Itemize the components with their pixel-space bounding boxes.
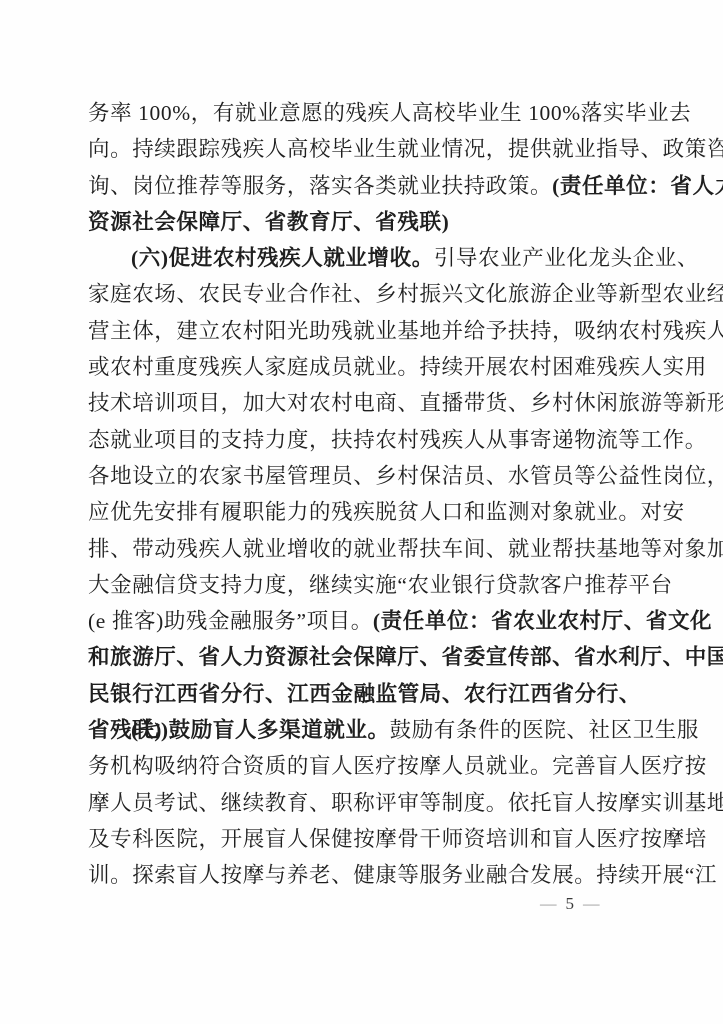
text-run-bold: 和旅游厅、省人力资源社会保障厅、省委宣传部、省水利厅、中国人 — [88, 645, 723, 669]
text-line: 务率 100%，有就业意愿的残疾人高校毕业生 100%落实毕业去 — [88, 95, 641, 131]
text-run: 或农村重度残疾人家庭成员就业。持续开展农村困难残疾人实用 — [88, 355, 707, 379]
text-line: 排、带动残疾人就业增收的就业帮扶车间、就业帮扶基地等对象加 — [88, 531, 641, 567]
text-line: 或农村重度残疾人家庭成员就业。持续开展农村困难残疾人实用 — [88, 349, 641, 385]
text-line: 技术培训项目，加大对农村电商、直播带货、乡村休闲旅游等新形 — [88, 385, 641, 421]
text-line: 资源社会保障厅、省教育厅、省残联) — [88, 204, 641, 240]
text-line: (六)促进农村残疾人就业增收。引导农业产业化龙头企业、 — [88, 240, 641, 276]
text-run: 家庭农场、农民专业合作社、乡村振兴文化旅游企业等新型农业经 — [88, 282, 723, 306]
text-run: 营主体，建立农村阳光助残就业基地并给予扶持，吸纳农村残疾人 — [88, 319, 723, 343]
text-line: 态就业项目的支持力度，扶持农村残疾人从事寄递物流等工作。 — [88, 422, 641, 458]
text-line: 和旅游厅、省人力资源社会保障厅、省委宣传部、省水利厅、中国人 — [88, 639, 641, 675]
text-run-bold: (六)促进农村残疾人就业增收。 — [131, 246, 434, 270]
text-line: 摩人员考试、继续教育、职称评审等制度。依托盲人按摩实训基地 — [88, 785, 641, 821]
text-line: 应优先安排有履职能力的残疾脱贫人口和监测对象就业。对安 — [88, 494, 641, 530]
text-run: 询、岗位推荐等服务，落实各类就业扶持政策。 — [88, 174, 552, 198]
text-run-bold: (责任单位：省农业农村厅、省文化 — [373, 609, 712, 633]
text-run: 应优先安排有履职能力的残疾脱贫人口和监测对象就业。对安 — [88, 500, 685, 524]
text-run: 大金融信贷支持力度，继续实施“农业银行贷款客户推荐平台 — [88, 573, 673, 597]
text-line: 各地设立的农家书屋管理员、乡村保洁员、水管员等公益性岗位， — [88, 458, 641, 494]
text-line: 大金融信贷支持力度，继续实施“农业银行贷款客户推荐平台 — [88, 567, 641, 603]
text-run-bold: (责任单位：省人力 — [552, 174, 723, 198]
text-line: 及专科医院，开展盲人保健按摩骨干师资培训和盲人医疗按摩培 — [88, 821, 641, 857]
text-run-bold: (七)鼓励盲人多渠道就业。 — [131, 718, 390, 742]
text-run: 务机构吸纳符合资质的盲人医疗按摩人员就业。完善盲人医疗按 — [88, 754, 707, 778]
text-run-bold: 资源社会保障厅、省教育厅、省残联) — [88, 210, 449, 234]
page-number: — 5 — — [540, 893, 600, 915]
text-line: 向。持续跟踪残疾人高校毕业生就业情况，提供就业指导、政策咨 — [88, 131, 641, 167]
text-line: 家庭农场、农民专业合作社、乡村振兴文化旅游企业等新型农业经 — [88, 276, 641, 312]
text-line: 询、岗位推荐等服务，落实各类就业扶持政策。(责任单位：省人力 — [88, 168, 641, 204]
text-run: 态就业项目的支持力度，扶持农村残疾人从事寄递物流等工作。 — [88, 428, 707, 452]
text-line: (e 推客)助残金融服务”项目。(责任单位：省农业农村厅、省文化 — [88, 603, 641, 639]
document-page: 务率 100%，有就业意愿的残疾人高校毕业生 100%落实毕业去向。持续跟踪残疾… — [0, 0, 723, 1024]
text-run: 技术培训项目，加大对农村电商、直播带货、乡村休闲旅游等新形 — [88, 391, 723, 415]
document-body: 务率 100%，有就业意愿的残疾人高校毕业生 100%落实毕业去向。持续跟踪残疾… — [88, 95, 641, 894]
page-number-right-dash: — — [583, 894, 600, 914]
text-run: 摩人员考试、继续教育、职称评审等制度。依托盲人按摩实训基地 — [88, 791, 723, 815]
text-run: 引导农业产业化龙头企业、 — [434, 246, 699, 270]
text-line: (七)鼓励盲人多渠道就业。鼓励有条件的医院、社区卫生服 — [88, 712, 641, 748]
text-run: 及专科医院，开展盲人保健按摩骨干师资培训和盲人医疗按摩培 — [88, 827, 707, 851]
text-run: 务率 100%，有就业意愿的残疾人高校毕业生 100%落实毕业去 — [88, 101, 691, 125]
text-line: 训。探索盲人按摩与养老、健康等服务业融合发展。持续开展“江 — [88, 857, 641, 893]
text-line: 营主体，建立农村阳光助残就业基地并给予扶持，吸纳农村残疾人 — [88, 313, 641, 349]
text-run: 鼓励有条件的医院、社区卫生服 — [390, 718, 699, 742]
text-line: 民银行江西省分行、江西金融监管局、农行江西省分行、省残联) — [88, 676, 641, 712]
text-run: 各地设立的农家书屋管理员、乡村保洁员、水管员等公益性岗位， — [88, 464, 723, 488]
text-run: 训。探索盲人按摩与养老、健康等服务业融合发展。持续开展“江 — [88, 863, 717, 887]
text-run: 向。持续跟踪残疾人高校毕业生就业情况，提供就业指导、政策咨 — [88, 137, 723, 161]
page-number-left-dash: — — [540, 894, 557, 914]
page-number-value: 5 — [566, 894, 575, 914]
text-run: (e 推客)助残金融服务”项目。 — [88, 609, 373, 633]
text-run: 排、带动残疾人就业增收的就业帮扶车间、就业帮扶基地等对象加 — [88, 537, 723, 561]
text-line: 务机构吸纳符合资质的盲人医疗按摩人员就业。完善盲人医疗按 — [88, 748, 641, 784]
